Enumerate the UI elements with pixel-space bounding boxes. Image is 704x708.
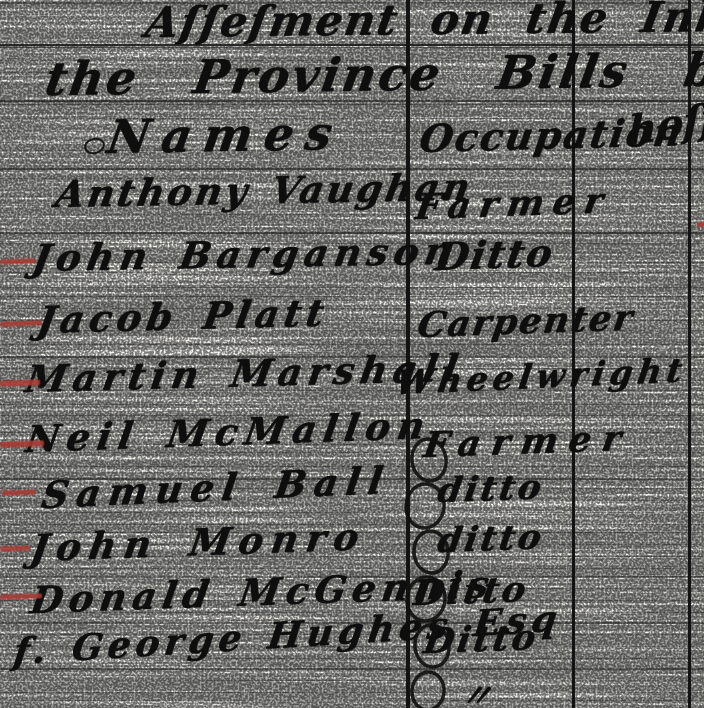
title-line-1: Aſſeſment on the Inha [143,0,704,44]
scan-line [0,700,704,701]
red-tally-mark [2,489,36,495]
small-o-flourish [82,136,106,157]
row-occupation: Ditto [433,234,557,276]
red-tally-mark [0,320,42,326]
row-name: Samuel Ball [39,462,393,514]
scan-line [0,680,704,681]
title-line-2: the Province Bills by [42,46,704,102]
scan-line [0,287,704,288]
red-tally-mark [0,545,30,551]
row-occupation: Farmer [421,421,634,463]
scanned-ledger-page: Aſſeſment on the Inha the Province Bills… [0,0,704,708]
column-rule-second [572,0,575,708]
red-tally-mark [0,258,36,264]
column-header-partial: hoſſ [628,98,704,153]
scan-line [0,692,704,693]
row-name: John Monro [28,518,369,567]
column-header-names: Names [104,110,347,160]
row-occupation: 〃 [457,680,495,708]
row-name: Anthony Vaughan [53,169,476,213]
row-name: Neil McMallon [23,407,434,458]
scan-line [0,344,704,345]
row-occupation: Farmer [413,183,614,225]
row-occupation: ditto [435,470,546,508]
scan-line [0,668,704,670]
red-tally-mark [697,222,704,227]
row-name: John Barganson [30,233,461,278]
row-occupation: Carpenter [415,300,636,343]
row-occupation: ditto [435,520,546,558]
row-occupation: Ditto [421,620,541,659]
row-name: Jacob Platt [35,294,332,339]
